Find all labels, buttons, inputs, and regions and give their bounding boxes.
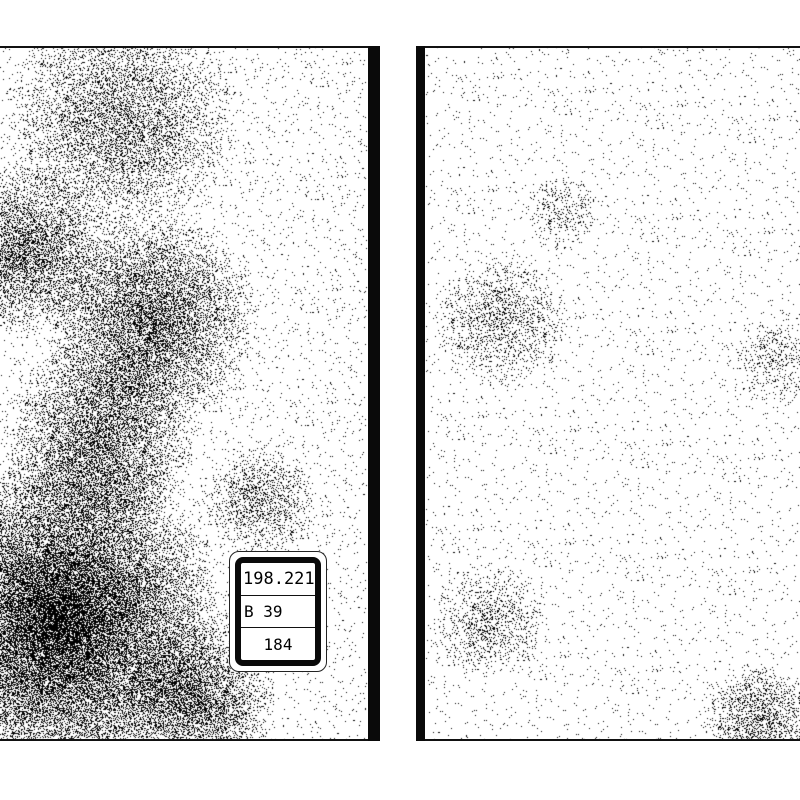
- call-number-class: 198.221: [241, 563, 315, 595]
- left-cover-bottom-edge: [0, 739, 368, 741]
- right-cover-top-edge: [424, 46, 800, 48]
- left-cover-top-edge: [0, 46, 368, 48]
- library-call-number-label: 198.221 B 39 184: [229, 551, 327, 672]
- spine-left-hinge: [368, 46, 380, 741]
- book-spine: [358, 46, 430, 741]
- right-cover-bottom-edge: [424, 739, 800, 741]
- scanned-book-cover: 198.221 B 39 184: [0, 0, 800, 800]
- call-number-item: 184: [241, 627, 315, 660]
- call-number-cutter: B 39: [241, 595, 315, 628]
- spine-right-hinge: [416, 46, 425, 741]
